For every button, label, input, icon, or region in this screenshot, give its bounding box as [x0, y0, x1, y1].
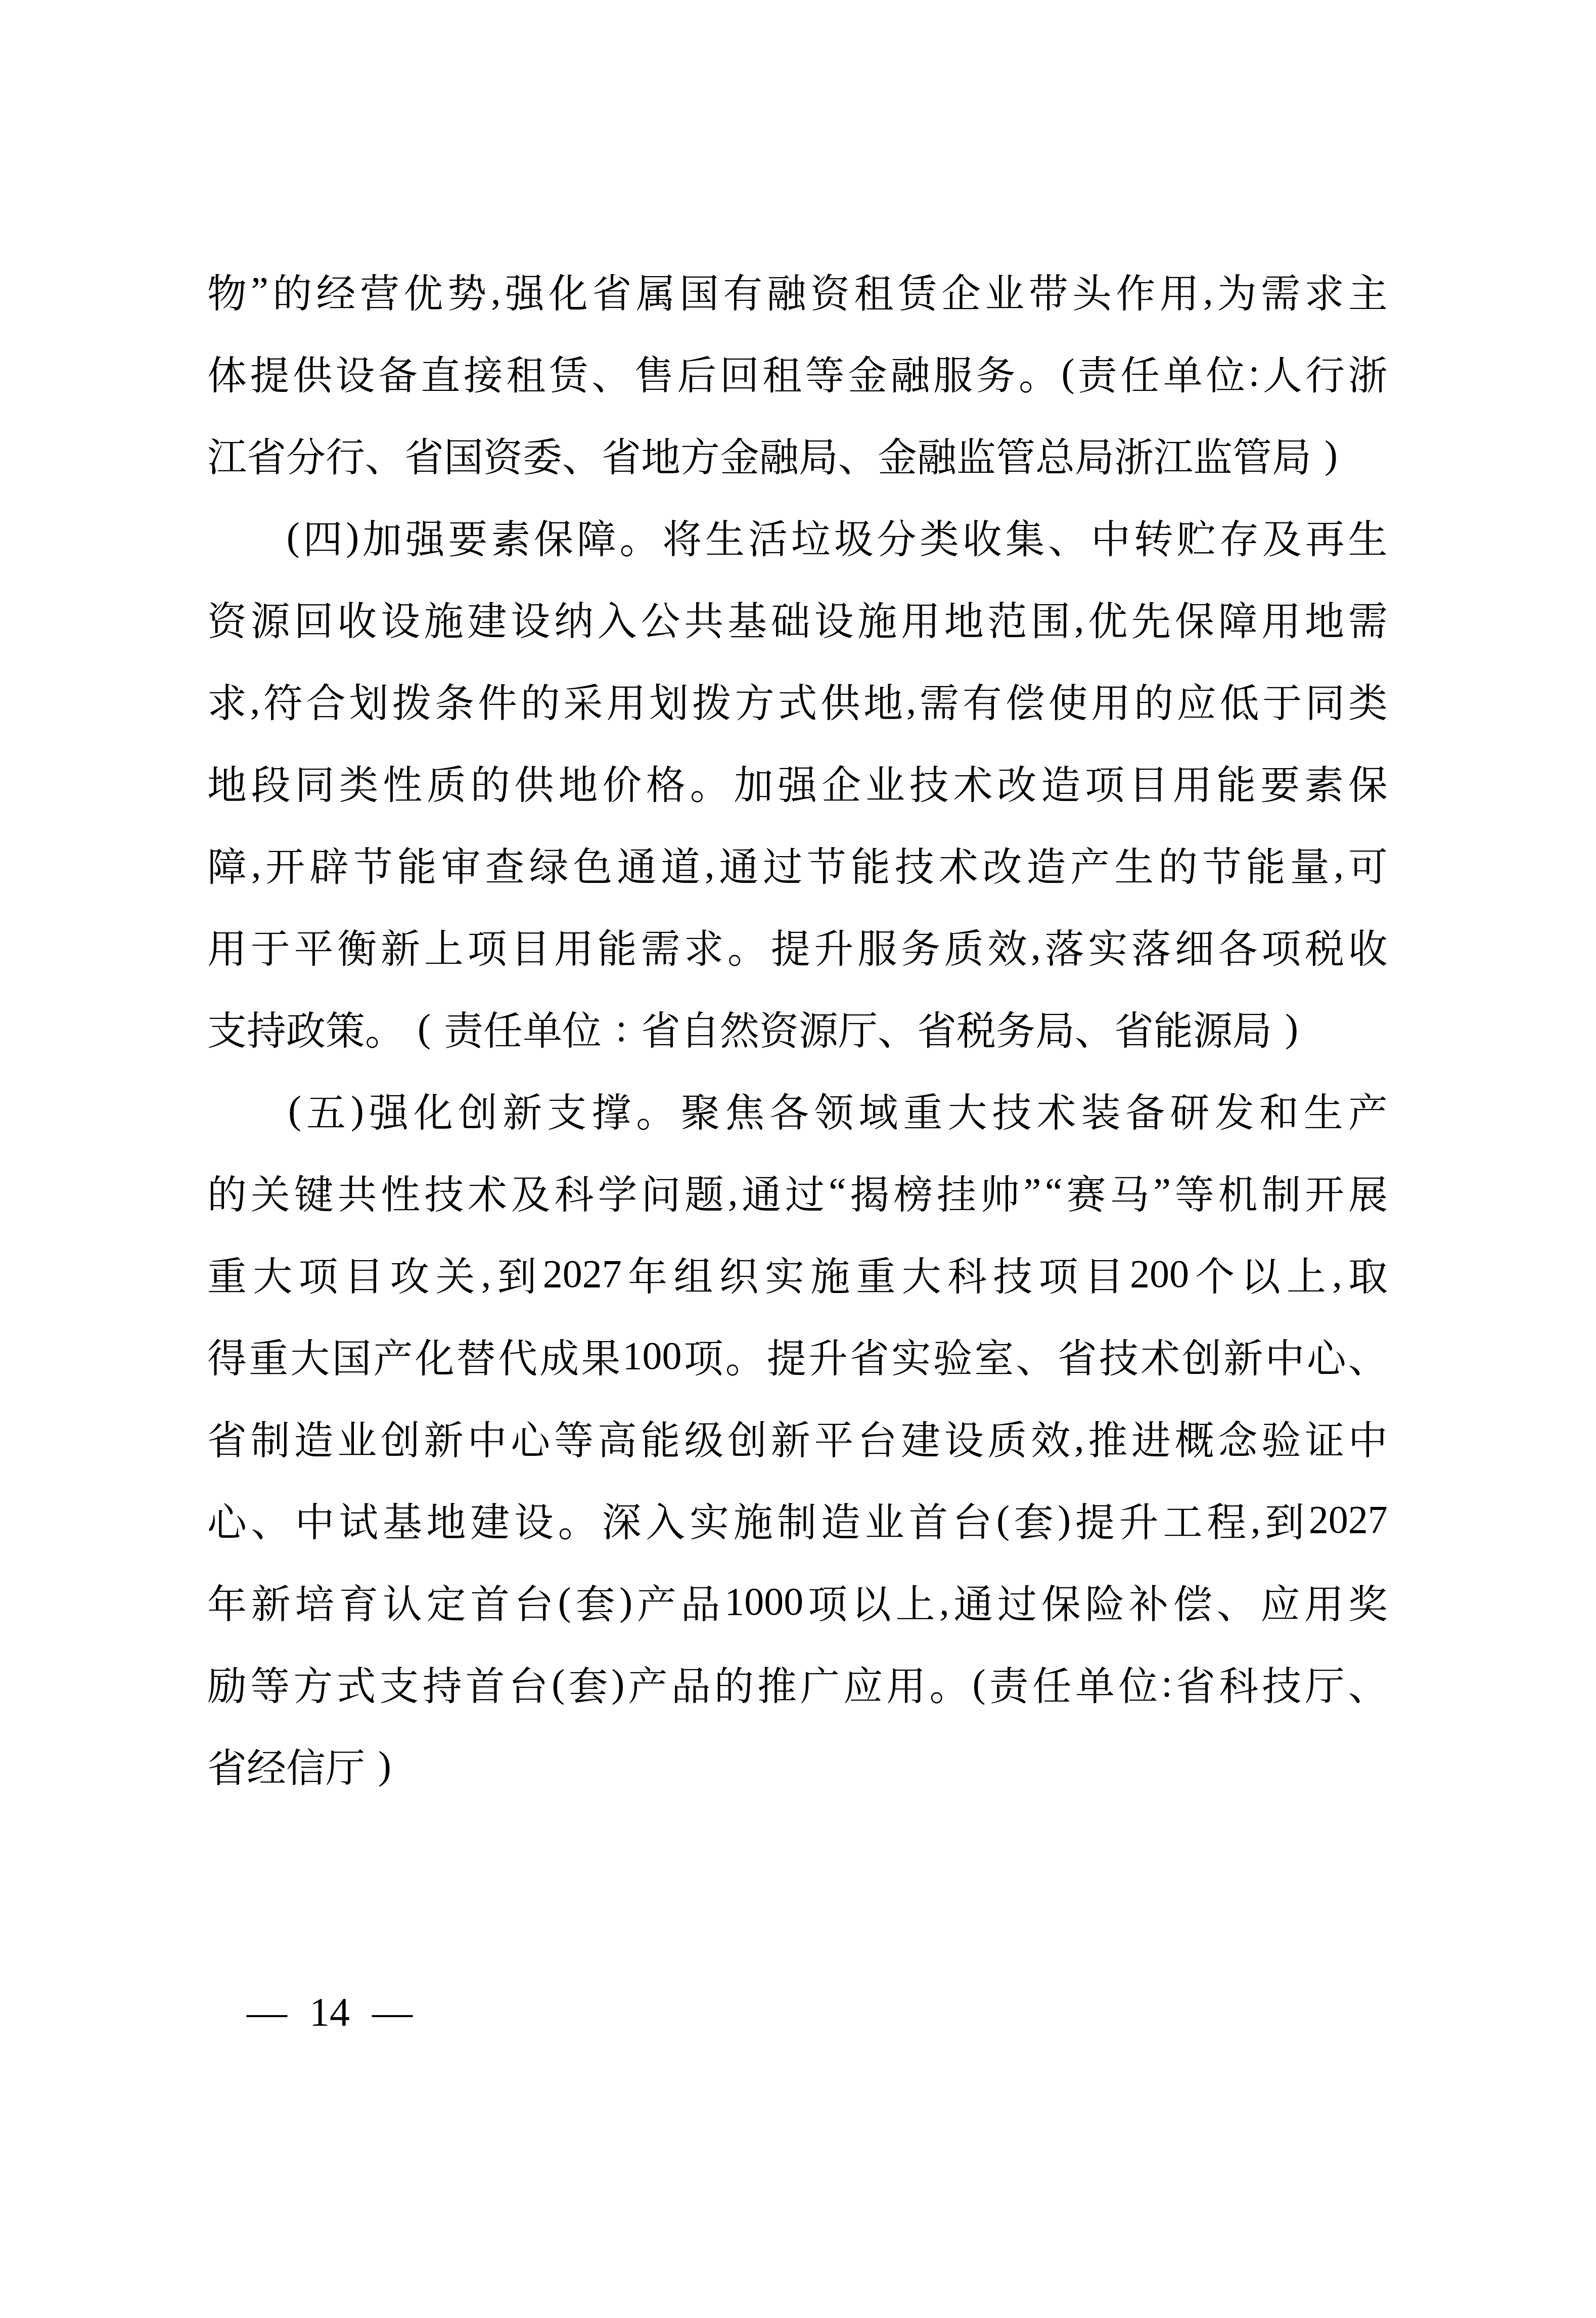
paragraph-indent: [207, 1110, 283, 1110]
text-line: 障,开辟节能审查绿色通道,通过节能技术改造产生的节能量,可: [207, 823, 1388, 905]
text-line: 江省分行、省国资委、省地方金融局、金融监管总局浙江监管局): [207, 414, 1388, 496]
text-line: 省制造业创新中心等高能级创新平台建设质效,推进概念验证中: [207, 1397, 1388, 1479]
text-line: 心、中试基地建设。深入实施制造业首台(套)提升工程,到2027: [207, 1479, 1388, 1561]
text-line: 资源回收设施建设纳入公共基础设施用地范围,优先保障用地需: [207, 577, 1388, 659]
text-line: 求,符合划拨条件的采用划拨方式供地,需有偿使用的应低于同类: [207, 659, 1388, 741]
text-line: 支持政策。(责任单位:省自然资源厅、省税务局、省能源局): [207, 987, 1388, 1069]
text-line: (四)加强要素保障。将生活垃圾分类收集、中转贮存及再生: [207, 496, 1388, 577]
text-line: 励等方式支持首台(套)产品的推广应用。(责任单位:省科技厅、: [207, 1642, 1388, 1724]
document-page: 物”的经营优势,强化省属国有融资租赁企业带头作用,为需求主体提供设备直接租赁、售…: [0, 0, 1596, 2318]
paragraph-indent: [207, 537, 283, 537]
text-line: 物”的经营优势,强化省属国有融资租赁企业带头作用,为需求主: [207, 250, 1388, 332]
text-line: 用于平衡新上项目用能需求。提升服务质效,落实落细各项税收: [207, 905, 1388, 987]
text-line: 的关键共性技术及科学问题,通过“揭榜挂帅”“赛马”等机制开展: [207, 1151, 1388, 1233]
text-line: 重大项目攻关,到2027年组织实施重大科技项目200个以上,取: [207, 1233, 1388, 1315]
text-line: 省经信厅): [207, 1724, 1388, 1806]
text-line: 得重大国产化替代成果100项。提升省实验室、省技术创新中心、: [207, 1315, 1388, 1397]
text-line: 年新培育认定首台(套)产品1000项以上,通过保险补偿、应用奖: [207, 1561, 1388, 1642]
document-body: 物”的经营优势,强化省属国有融资租赁企业带头作用,为需求主体提供设备直接租赁、售…: [207, 250, 1388, 1806]
text-line: 体提供设备直接租赁、售后回租等金融服务。(责任单位:人行浙: [207, 332, 1388, 414]
page-number: — 14 —: [247, 1982, 413, 2043]
text-line: (五)强化创新支撑。聚焦各领域重大技术装备研发和生产: [207, 1069, 1388, 1151]
text-line: 地段同类性质的供地价格。加强企业技术改造项目用能要素保: [207, 741, 1388, 823]
